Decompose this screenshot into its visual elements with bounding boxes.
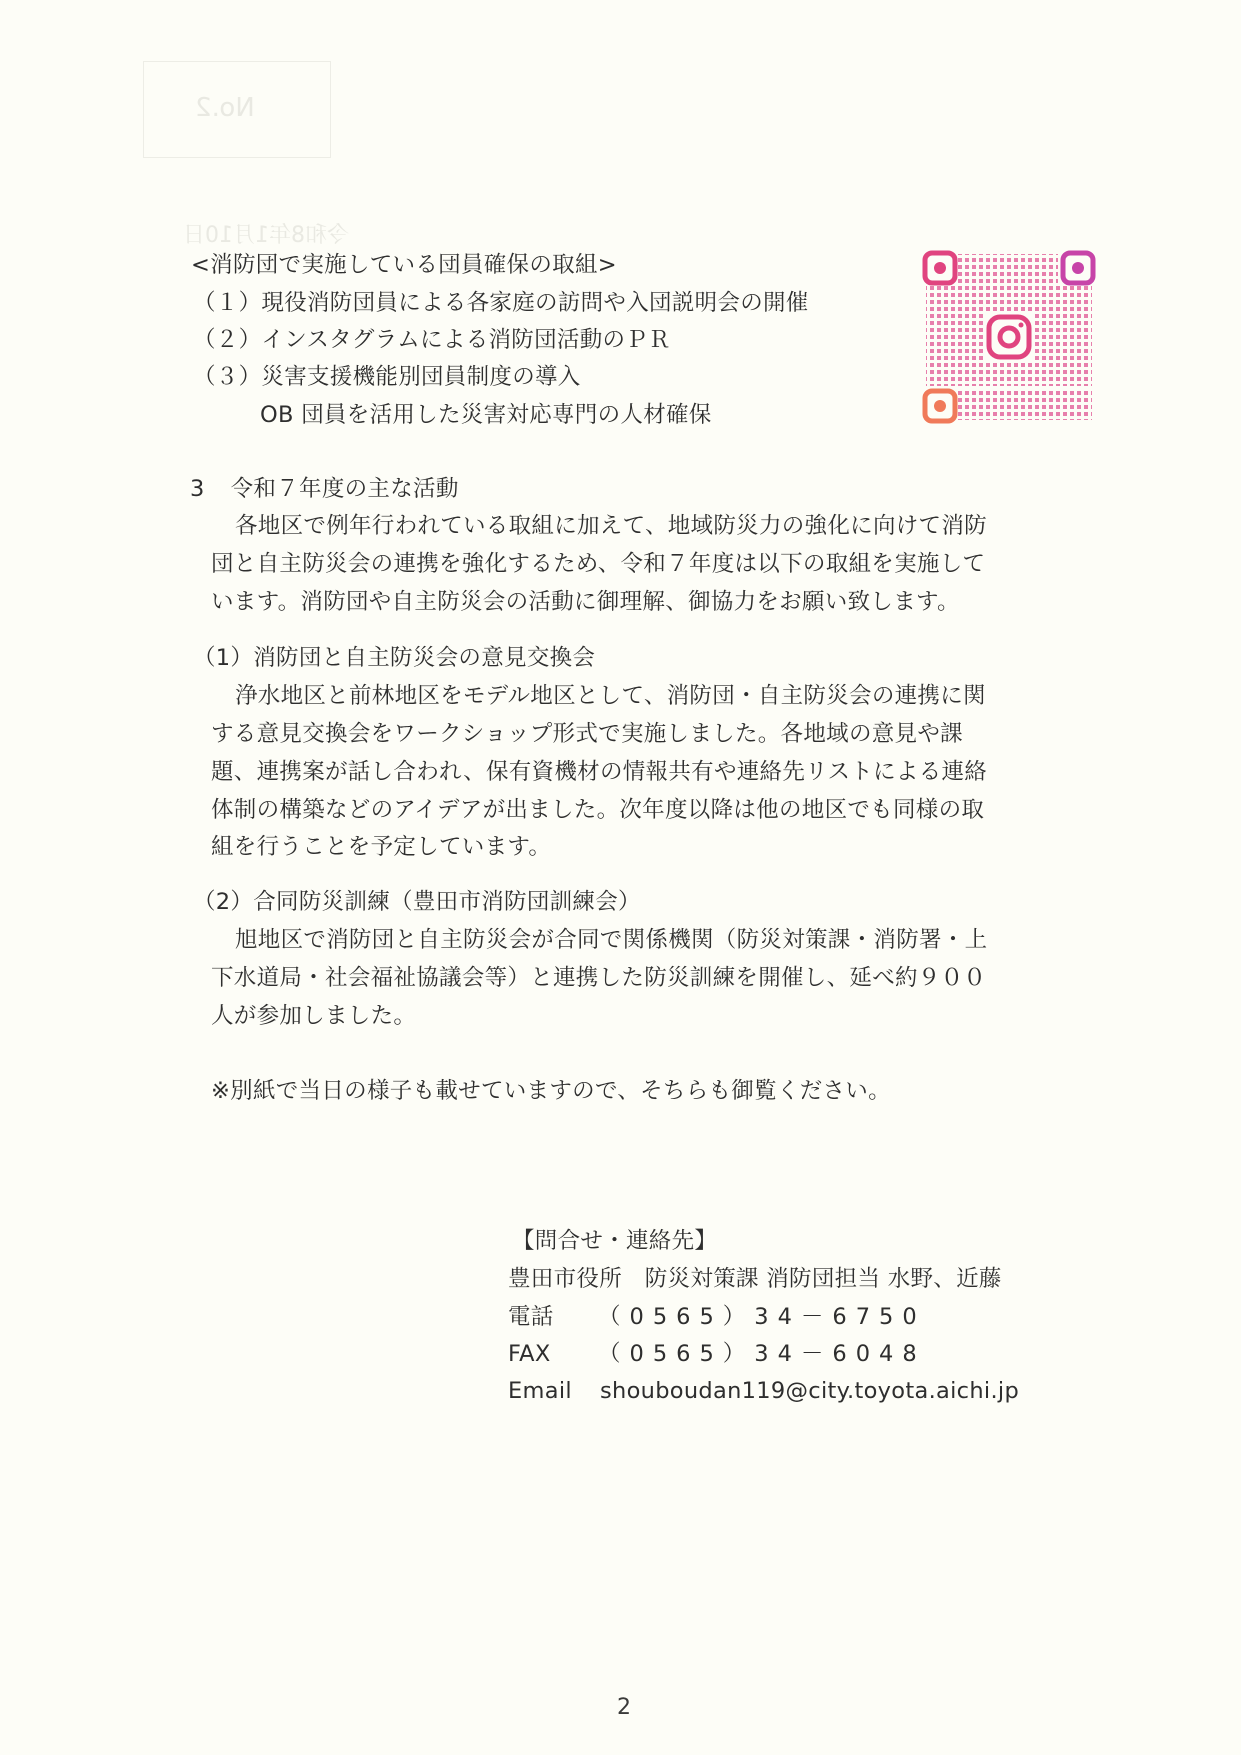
email-address[interactable]: shouboudan119@city.toyota.aichi.jp <box>600 1378 1019 1404</box>
item-text: 災害支援機能別団員制度の導入 <box>261 364 580 390</box>
instagram-qr-code[interactable] <box>922 250 1096 424</box>
page-number: 2 <box>617 1695 631 1720</box>
item-text: インスタグラムによる消防団活動のＰＲ <box>261 327 671 353</box>
subsection-1-line: 組を行うことを予定しています。 <box>211 836 551 859</box>
phone-label: 電話 <box>508 1306 598 1329</box>
document-page: No.2 令和8年1月10日 <消防団で実施している団員確保の取組> （１）現役… <box>0 0 1241 1755</box>
section-3-heading: 3令和７年度の主な活動 <box>190 478 459 501</box>
section-3-intro-line: 団と自主防災会の連携を強化するため、令和７年度は以下の取組を実施して <box>211 553 985 576</box>
phone-number: （0565）34－6750 <box>598 1304 926 1330</box>
instagram-logo-icon <box>984 312 1034 362</box>
note-line: ※別紙で当日の様子も載せていますので、そちらも御覧ください。 <box>211 1080 891 1103</box>
subsection-2-line: 下水道局・社会福祉協議会等）と連携した防災訓練を開催し、延べ約９００ <box>211 967 986 990</box>
section-title: 令和７年度の主な活動 <box>231 476 459 502</box>
show-through-box-text: No.2 <box>195 93 255 123</box>
section-3-intro-line: います。消防団や自主防災会の活動に御理解、御協力をお願い致します。 <box>211 591 960 614</box>
subsection-1-line: 浄水地区と前林地区をモデル地区として、消防団・自主防災会の連携に関 <box>235 685 986 708</box>
contact-phone-row: 電話（0565）34－6750 <box>508 1306 926 1329</box>
recruitment-item-3: （３）災害支援機能別団員制度の導入 <box>193 366 581 389</box>
item-number: （１） <box>193 290 261 316</box>
contact-fax-row: FAX（0565）34－6048 <box>508 1343 926 1366</box>
item-number: （２） <box>193 327 261 353</box>
subsection-1-line: 題、連携案が話し合われ、保有資機材の情報共有や連絡先リストによる連絡 <box>211 761 987 784</box>
item-text: 現役消防団員による各家庭の訪問や入団説明会の開催 <box>261 290 808 316</box>
email-label: Email <box>508 1380 600 1403</box>
fax-number: （0565）34－6048 <box>598 1341 926 1367</box>
contact-office: 豊田市役所 防災対策課 消防団担当 水野、近藤 <box>508 1268 1002 1291</box>
finder-top-left <box>925 253 955 283</box>
section-number: 3 <box>190 476 205 502</box>
subsection-1-line: する意見交換会をワークショップ形式で実施しました。各地域の意見や課 <box>211 723 963 746</box>
recruitment-item-3-sub: OB 団員を活用した災害対応専門の人材確保 <box>260 404 712 427</box>
subsection-2-title: （2）合同防災訓練（豊田市消防団訓練会） <box>193 891 641 914</box>
section-3-intro-line: 各地区で例年行われている取組に加えて、地域防災力の強化に向けて消防 <box>235 515 987 538</box>
item-number: （３） <box>193 364 261 390</box>
subsection-1-title: （1）消防団と自主防災会の意見交換会 <box>193 647 595 670</box>
recruitment-item-2: （２）インスタグラムによる消防団活動のＰＲ <box>193 329 671 352</box>
contact-heading: 【問合せ・連絡先】 <box>512 1230 717 1253</box>
show-through-date: 令和8年1月10日 <box>183 218 349 249</box>
subsection-2-line: 人が参加しました。 <box>211 1005 416 1028</box>
recruitment-item-1: （１）現役消防団員による各家庭の訪問や入団説明会の開催 <box>193 292 809 315</box>
subsection-2-line: 旭地区で消防団と自主防災会が合同で関係機関（防災対策課・消防署・上 <box>235 929 987 952</box>
fax-label: FAX <box>508 1343 598 1366</box>
subsection-1-line: 体制の構築などのアイデアが出ました。次年度以降は他の地区でも同様の取 <box>211 799 984 822</box>
recruitment-heading: <消防団で実施している団員確保の取組> <box>191 254 617 277</box>
contact-email-row: Emailshouboudan119@city.toyota.aichi.jp <box>508 1380 1019 1403</box>
